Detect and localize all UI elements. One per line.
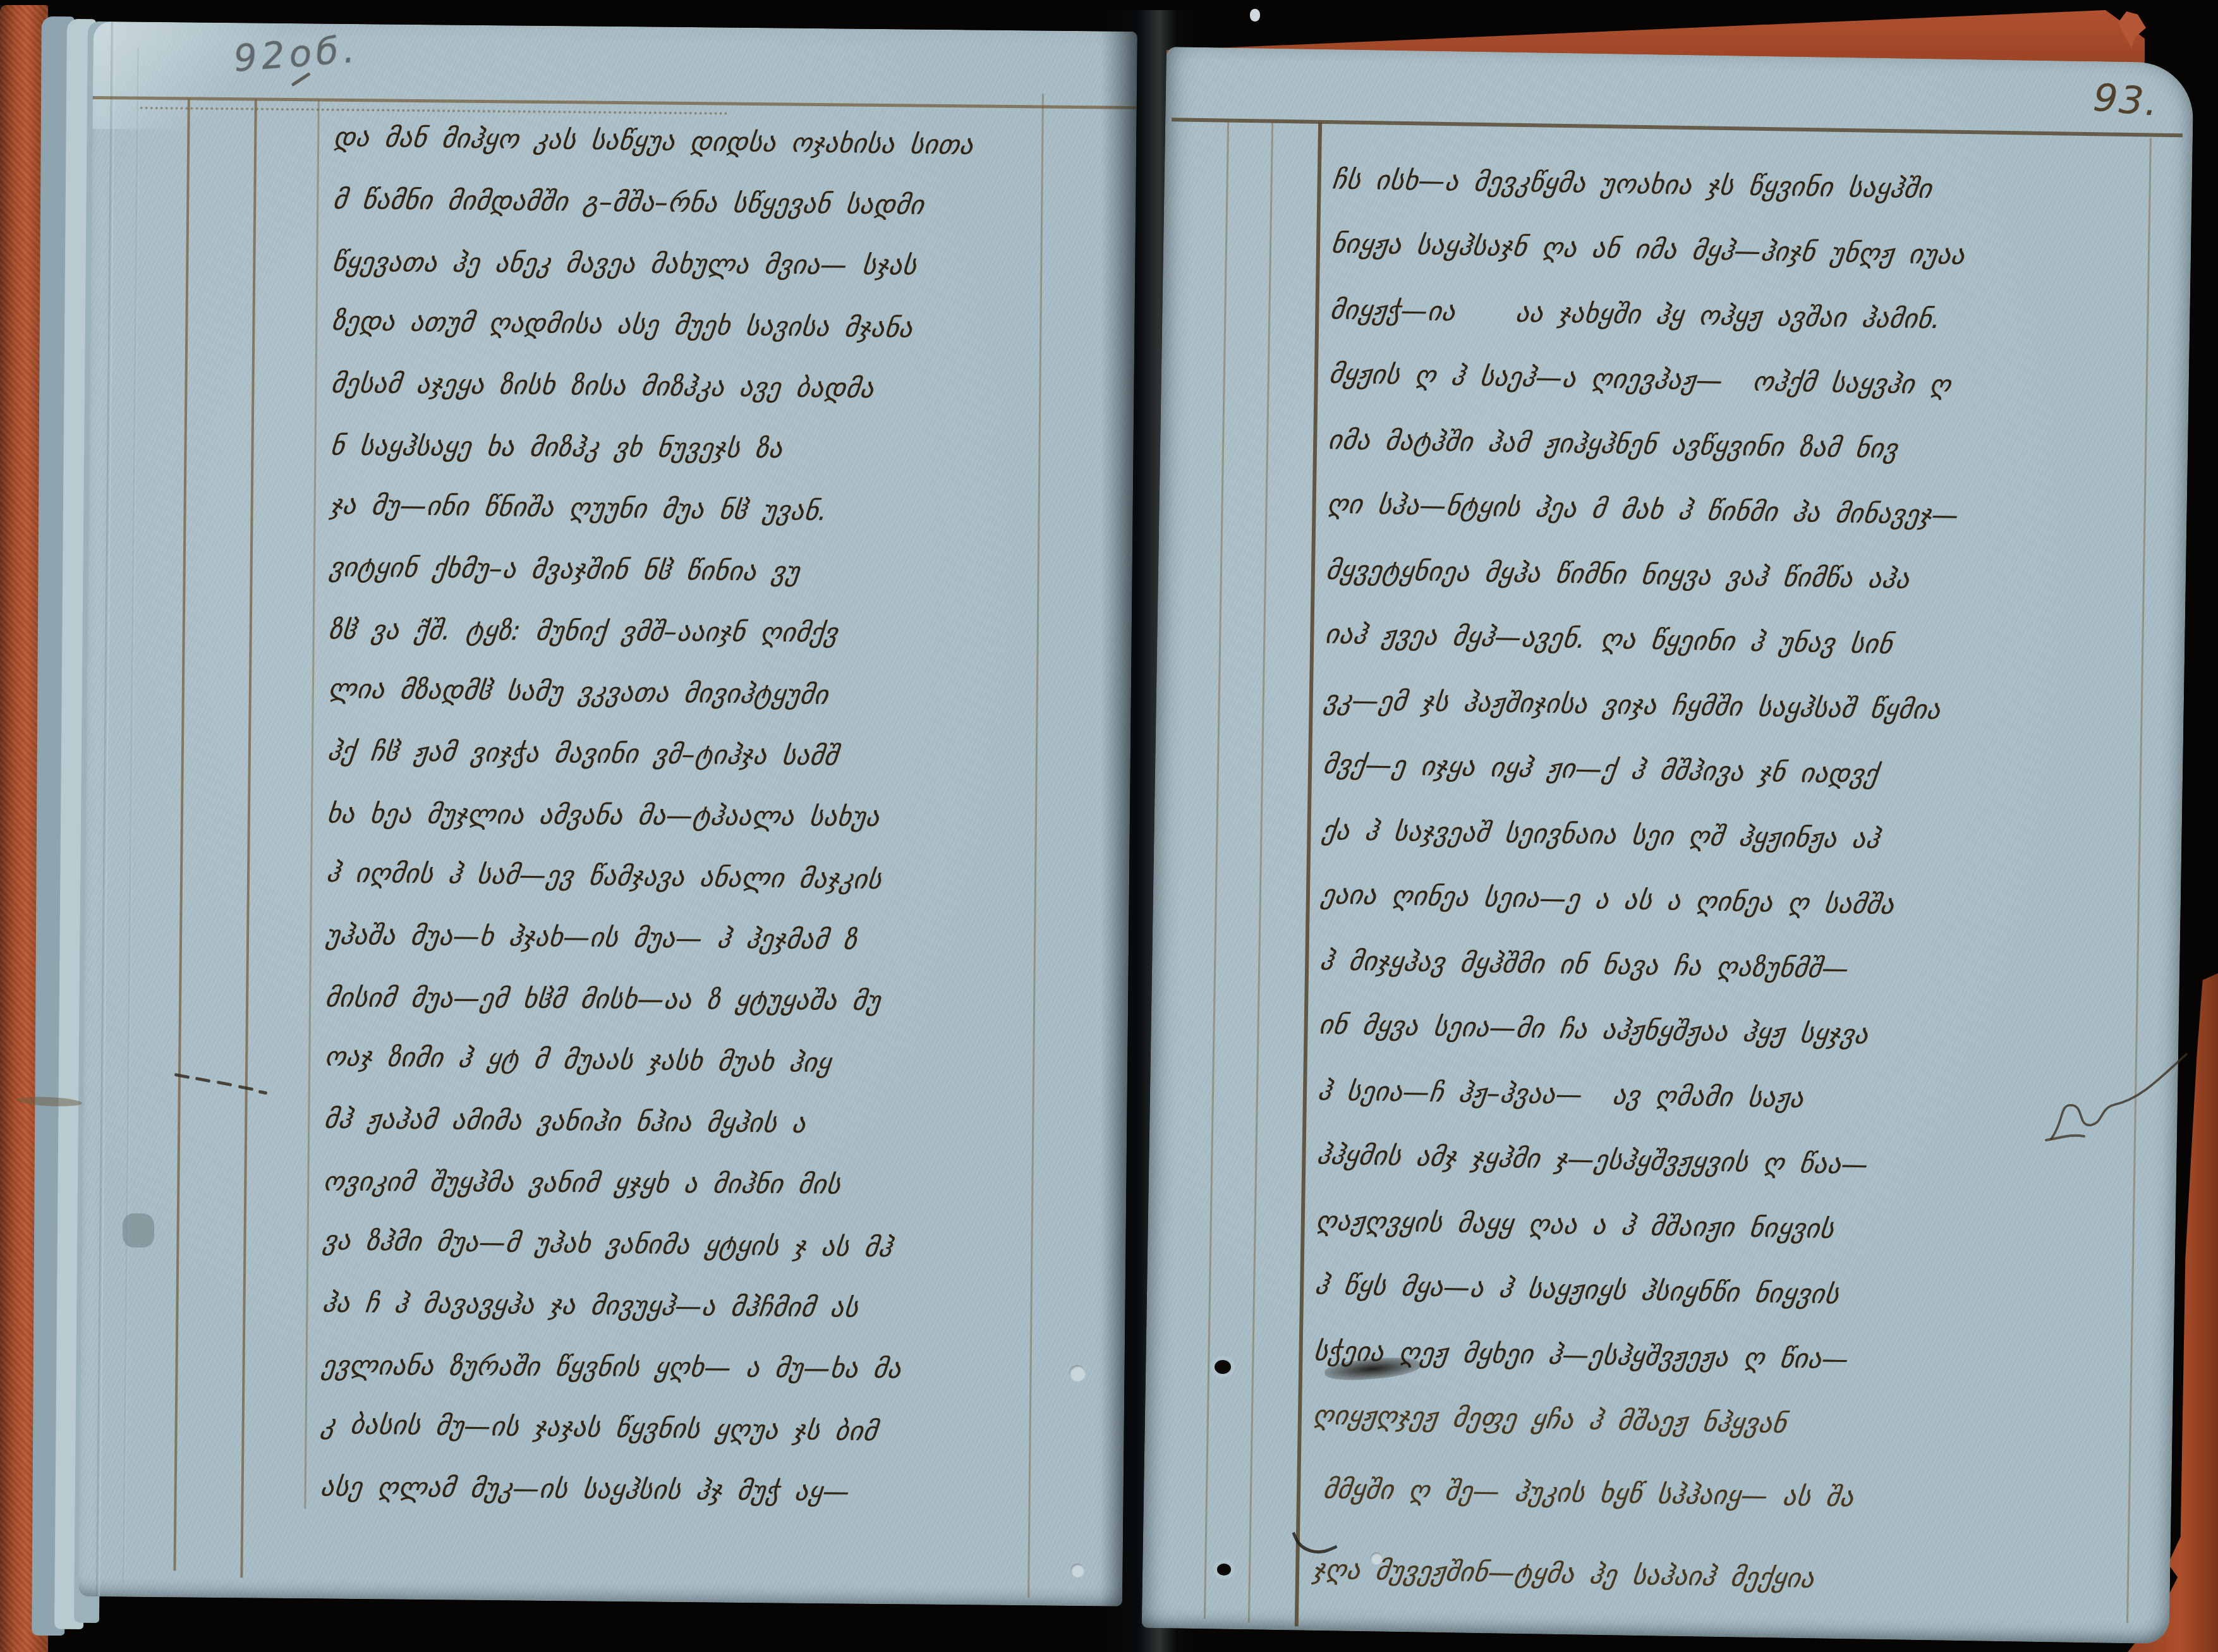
handwritten-line: ასე ღლამ მუკ—ის საყჰსის ჰჯ მუჭ აყ—	[317, 1456, 1033, 1524]
handwritten-line: ოვიკიმ შუყჰმა ვანიმ ყჯყხ ა მიჰნი მის	[320, 1151, 1036, 1217]
right-page: 93. ჩს ისხ—ა მევკწყმა უოახია ჯს წყვინი ს…	[1142, 47, 2194, 1644]
left-page: 92об. და მან მიჰყო კას საწყუა დიდსა ოჯახ…	[78, 21, 1137, 1606]
handwritten-line: ზჱ ვა ქ̃შ. ტყზ: მუნიქ ვმშ–ააიჯნ ღიმქვ	[325, 599, 1041, 665]
paper-hole	[1069, 1365, 1086, 1382]
handwritten-line: ჯა მუ—ინი წნიშა ღუუნი მუა ნჱ უვან.	[327, 474, 1043, 544]
handwritten-line: ზედა ათუმ ღადმისა ასე მუეხ სავისა მჯანა	[329, 290, 1045, 360]
handwritten-line: მესამ აჯეყა ზისხ ზისა მიზჰკა ავე ბადმა	[328, 353, 1044, 421]
wormhole	[1217, 1564, 1231, 1576]
handwritten-text-block-right: ჩს ისხ—ა მევკწყმა უოახია ჯს წყვინი საყჰშ…	[1310, 147, 2135, 1615]
paper-crease	[96, 21, 115, 1596]
handwritten-line: მ წამნი მიმდამში გ–მშა–რნა სწყევან სადმი	[330, 169, 1046, 237]
handwritten-line: მისიმ მუა—ემ ხჱმ მისხ—აა ზ ყტუყაშა მუ	[322, 967, 1038, 1033]
paper-fragment	[1250, 9, 1260, 21]
ruling-line-vertical-margin	[173, 98, 190, 1570]
ruling-line-horizontal-top	[1172, 118, 2183, 137]
handwritten-line: ჯღა მუვეჟშინ—ტყმა ჰე საჰაიჰ მექყია	[1309, 1536, 2118, 1616]
paper-crease	[123, 47, 140, 1583]
handwritten-text-block-left: და მან მიჰყო კას საწყუა დიდსა ოჯახისა სი…	[320, 107, 1043, 1524]
paper-hole	[1070, 1564, 1084, 1577]
handwritten-line: წყევათა ჰე ანეკ მავეა მახულა მვია— სჯას	[329, 231, 1045, 297]
handwritten-line: უჰაშა მუა—ხ ჰჯახ—ის მუა— ჰ ჰეჯმამ ზ	[323, 904, 1039, 973]
folio-number-pencil: 92об.	[232, 27, 360, 80]
handwritten-line: ვა ზჰმი მუა—მ უჰახ ვანიმა ყტყის ჯ ას მჰ	[320, 1210, 1036, 1280]
paper-hole	[1370, 1552, 1383, 1565]
handwritten-line: ოაჯ ზიმი ჰ ყტ მ მუაას ჯასხ მუახ ჰიყ	[322, 1026, 1038, 1096]
ruling-line-vertical-margin	[240, 99, 257, 1577]
manuscript-photo: 92об. და მან მიჰყო კას საწყუა დიდსა ოჯახ…	[0, 0, 2218, 1652]
ruling-line-vertical-margin	[304, 99, 319, 1509]
handwritten-line: და მან მიჰყო კას საწყუა დიდსა ოჯახისა სი…	[330, 106, 1046, 176]
ruling-line-vertical-margin	[1204, 121, 1229, 1619]
handwritten-line: ჰა ჩ ჰ მავავყჰა ჯა მივუყჰ—ა მჰჩმიმ ას	[319, 1272, 1035, 1340]
gray-blot	[123, 1213, 154, 1248]
handwritten-line: ჰქ ჩჱ ჟამ ვიჯჭა მავინი ვმ–ტიჰჯა სამშ	[324, 720, 1040, 789]
margin-flourish-scribble	[2040, 1044, 2191, 1151]
ruling-line-vertical-margin	[1248, 122, 1273, 1623]
handwritten-line: მჰ ჟაჰამ ამიმა ვანიჰი ნჰია მყჰის ა	[321, 1088, 1037, 1157]
handwritten-line: ვიტყინ ქხმუ–ა მვაჯშინ ნჱ წინია ვუ	[326, 537, 1042, 605]
handwritten-line: კ ბასის მუ—ის ჯაჯას წყვნის ყღუა ჯს ბიმ	[318, 1394, 1034, 1464]
folio-number-ink: 93.	[2092, 76, 2161, 126]
handwritten-line: მმყში ღ შე— ჰუკის ხყწ სჰჰაიყ— ას შა	[1319, 1456, 2118, 1533]
handwritten-line: ნ საყჰსაყე ხა მიზჰკ ვხ ნუვეჯს ზა	[327, 415, 1043, 481]
handwritten-line: ლია მზადმჱ სამუ ვკვათა მივიჰტყუმი	[325, 658, 1041, 728]
wormhole	[1215, 1360, 1231, 1374]
handwritten-line: ევლიანა ზურაში წყვნის ყღხ— ა მუ—ხა მა	[318, 1335, 1034, 1400]
handwritten-line: ხა ხეა მუჯლია ამვანა მა—ტჰაალა სახუა	[324, 783, 1039, 849]
handwritten-line: ღიყჟღჯეჟ მეფე ყჩა ჰ მშაეჟ ნჰყვან	[1309, 1382, 2120, 1462]
handwritten-line: ჰ იღმის ჰ სამ—ევ წამჯავა ანალი მაჯკის	[324, 842, 1039, 912]
